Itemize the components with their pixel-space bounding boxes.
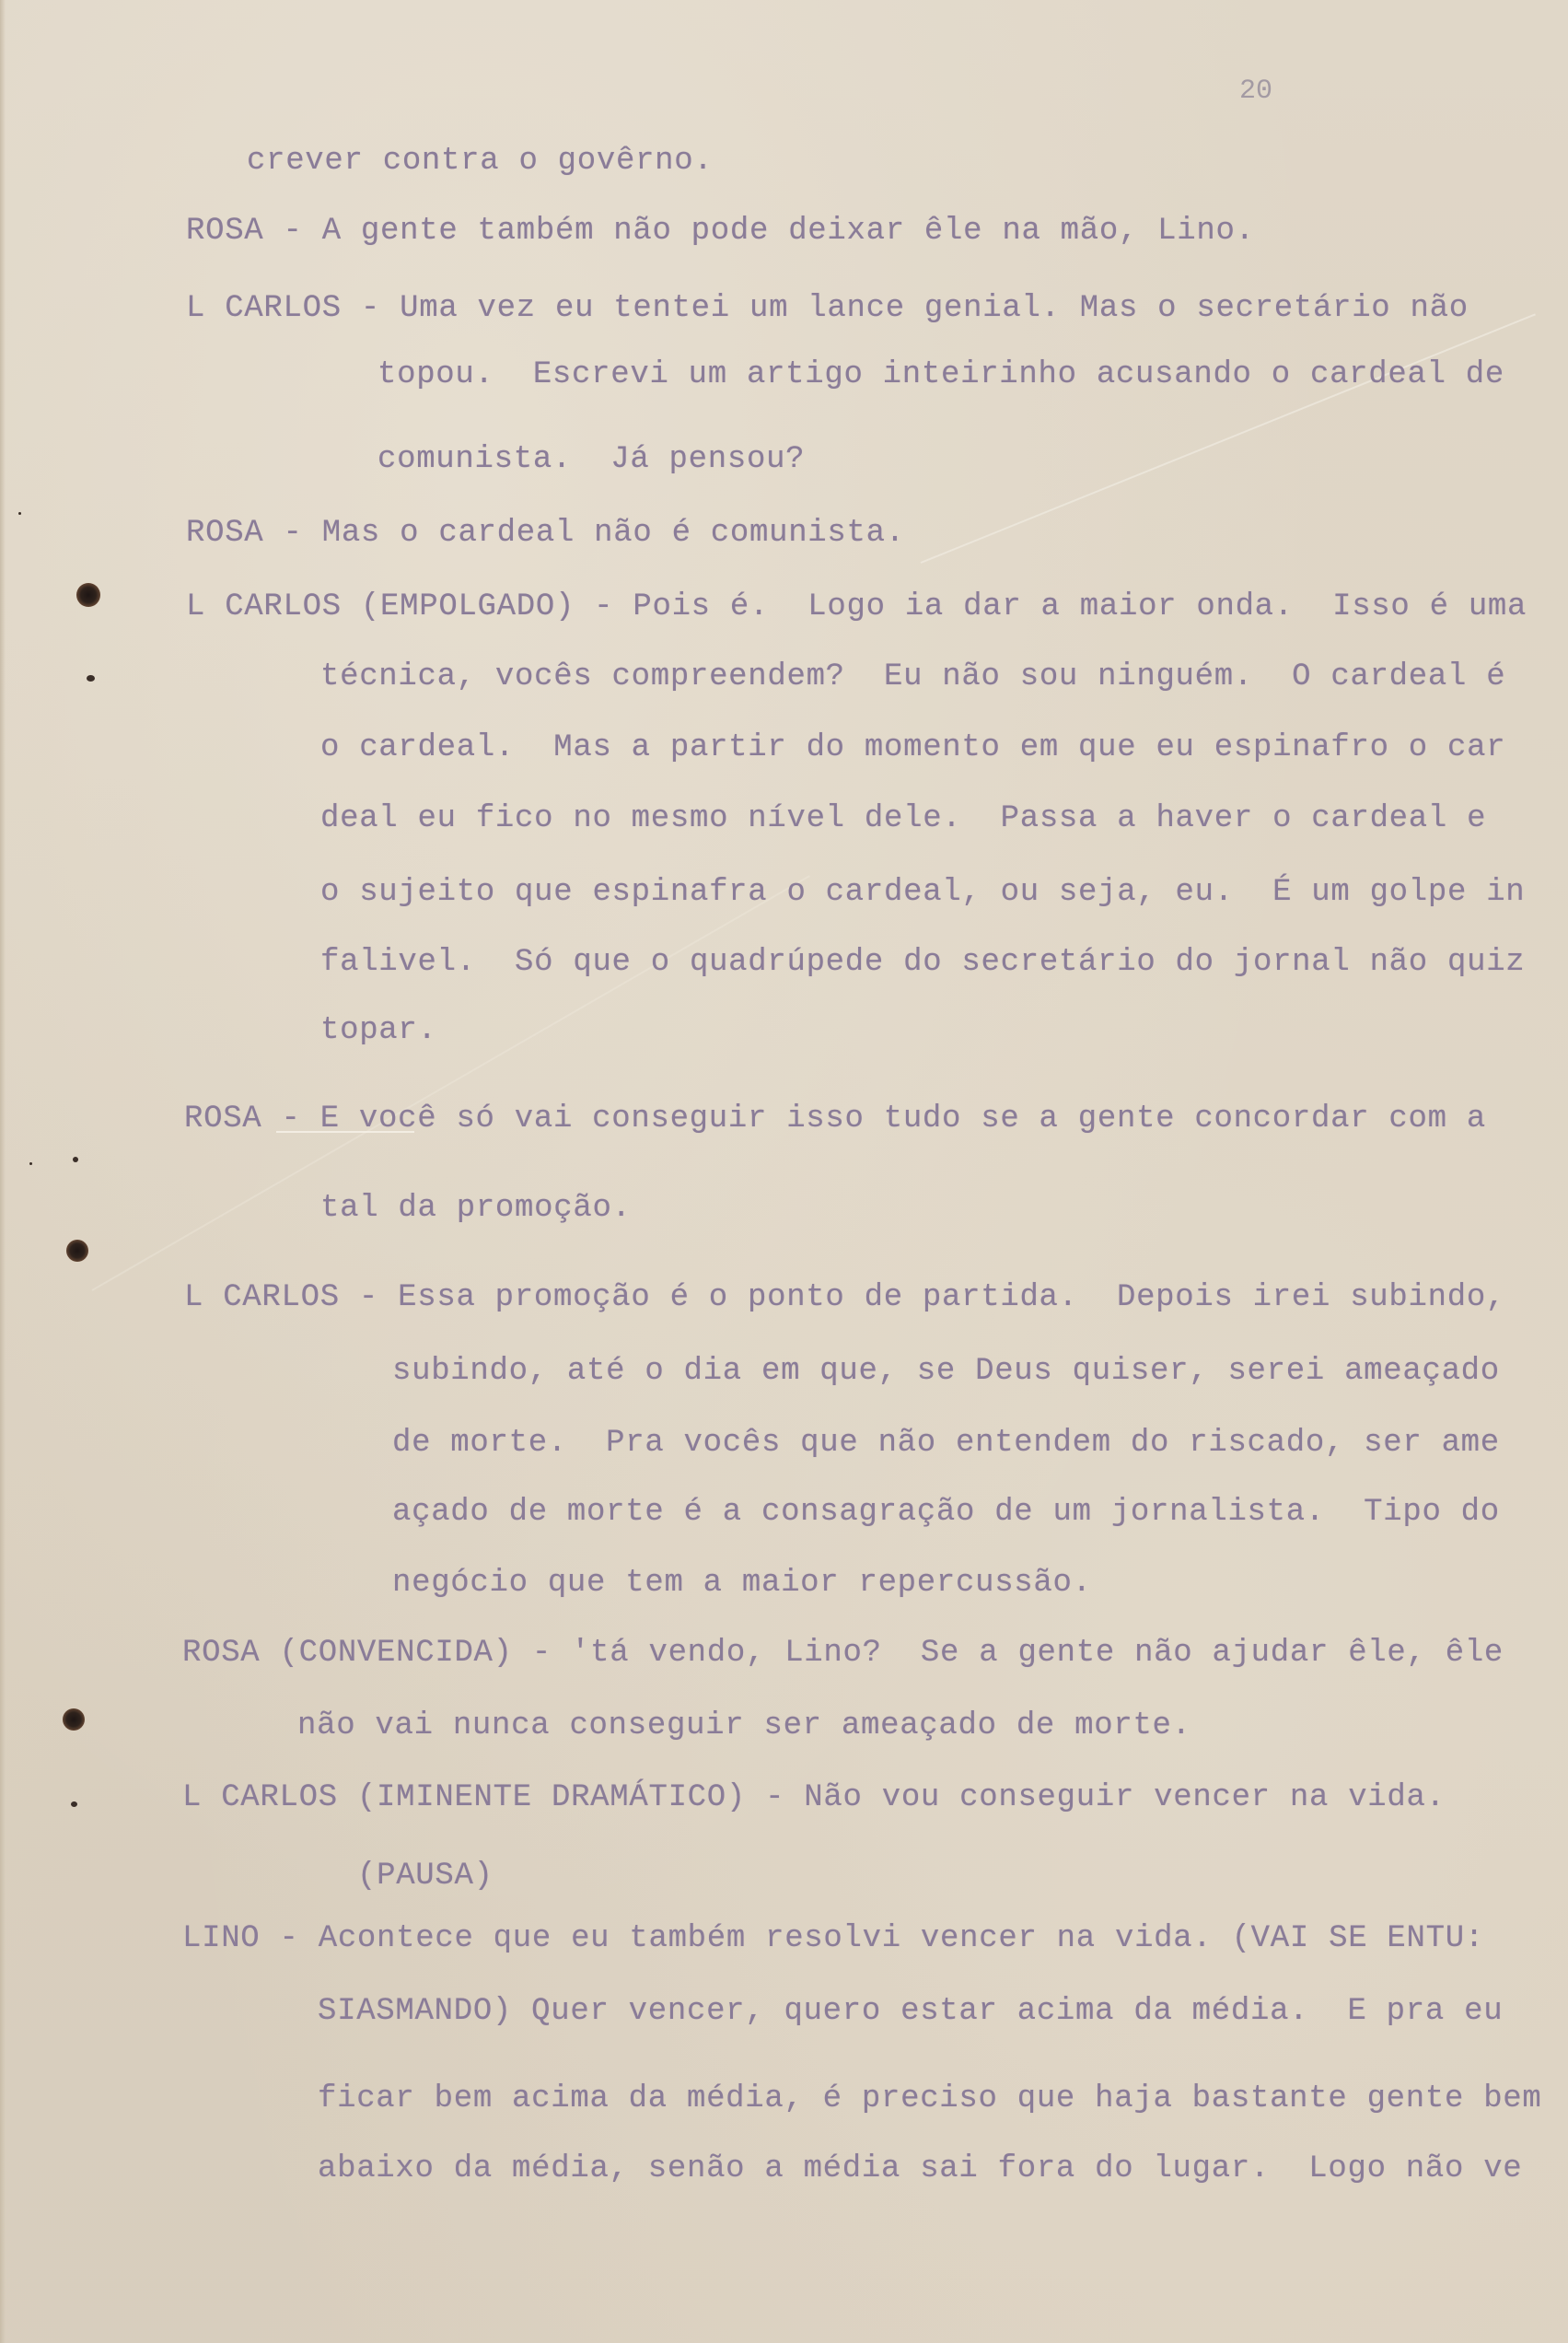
script-line: técnica, vocês compreendem? Eu não sou n… bbox=[320, 661, 1505, 693]
script-line: subindo, até o dia em que, se Deus quise… bbox=[392, 1356, 1500, 1387]
page-number: 20 bbox=[1239, 76, 1272, 107]
script-line: de morte. Pra vocês que não entendem do … bbox=[392, 1428, 1500, 1459]
script-line: L CARLOS (EMPOLGADO) - Pois é. Logo ia d… bbox=[186, 591, 1527, 623]
script-line: crever contra o govêrno. bbox=[247, 146, 713, 177]
script-line: ROSA - E você só vai conseguir isso tudo… bbox=[184, 1103, 1486, 1135]
script-line: SIASMANDO) Quer vencer, quero estar acim… bbox=[318, 1996, 1503, 2027]
script-line: comunista. Já pensou? bbox=[377, 444, 805, 475]
script-line: o sujeito que espinafra o cardeal, ou se… bbox=[320, 877, 1525, 908]
script-line: L CARLOS - Essa promoção é o ponto de pa… bbox=[184, 1282, 1505, 1313]
paper-crease bbox=[92, 875, 810, 1291]
script-line: açado de morte é a consagração de um jor… bbox=[392, 1497, 1500, 1528]
stage-direction: (PAUSA) bbox=[357, 1860, 494, 1892]
script-line: falivel. Só que o quadrúpede do secretár… bbox=[320, 947, 1525, 978]
script-line: abaixo da média, senão a média sai fora … bbox=[318, 2153, 1522, 2185]
script-line: ROSA - Mas o cardeal não é comunista. bbox=[186, 518, 905, 549]
script-line: ROSA - A gente também não pode deixar êl… bbox=[186, 216, 1255, 247]
paper-crease bbox=[921, 313, 1536, 564]
punch-hole bbox=[63, 1708, 85, 1731]
ink-speck bbox=[71, 1801, 77, 1807]
ink-speck bbox=[73, 1157, 78, 1162]
ink-speck bbox=[18, 512, 21, 515]
script-line: ROSA (CONVENCIDA) - 'tá vendo, Lino? Se … bbox=[182, 1638, 1504, 1669]
punch-hole bbox=[76, 583, 100, 607]
page-edge bbox=[0, 0, 6, 2343]
ink-speck bbox=[29, 1162, 32, 1165]
script-line: deal eu fico no mesmo nível dele. Passa … bbox=[320, 803, 1486, 834]
script-line: o cardeal. Mas a partir do momento em qu… bbox=[320, 732, 1505, 764]
script-line: topou. Escrevi um artigo inteirinho acus… bbox=[377, 359, 1504, 390]
script-line: topar. bbox=[320, 1015, 437, 1046]
script-line: ficar bem acima da média, é preciso que … bbox=[318, 2083, 1542, 2115]
punch-hole bbox=[66, 1240, 88, 1262]
script-line: negócio que tem a maior repercussão. bbox=[392, 1568, 1092, 1599]
ink-speck bbox=[87, 675, 95, 682]
script-line: L CARLOS (IMINENTE DRAMÁTICO) - Não vou … bbox=[182, 1782, 1446, 1813]
script-line: não vai nunca conseguir ser ameaçado de … bbox=[297, 1710, 1191, 1742]
script-line: L CARLOS - Uma vez eu tentei um lance ge… bbox=[186, 293, 1469, 324]
script-line: tal da promoção. bbox=[320, 1193, 632, 1224]
script-line: LINO - Acontece que eu também resolvi ve… bbox=[182, 1923, 1484, 1954]
